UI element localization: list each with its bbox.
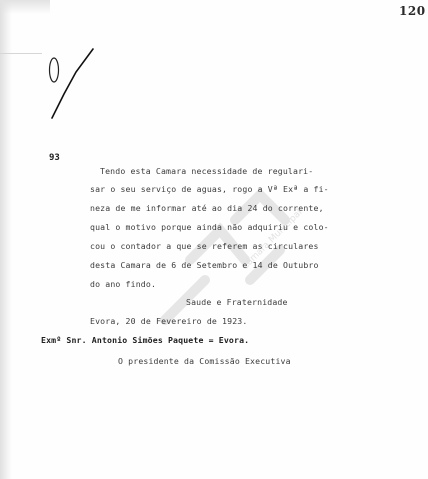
place-date: Evora, 20 de Fevereiro de 1923. <box>90 316 247 326</box>
handwritten-mark-icon <box>44 48 94 120</box>
page-top-edge-shadow <box>0 0 50 14</box>
addressee: Exmº Snr. Antonio Simões Paquete = Evora… <box>41 335 249 345</box>
page-edge-mark <box>0 53 42 54</box>
body-line-6: desta Camara de 6 de Setembro e 14 de Ou… <box>90 260 319 270</box>
body-line-5: cou o contador a que se referem as circu… <box>90 241 319 251</box>
body-line-1: Tendo esta Camara necessidade de regular… <box>100 166 313 176</box>
page-left-edge-shadow <box>0 0 12 479</box>
archive-watermark-icon: Câmara Municipal <box>150 170 310 340</box>
body-line-3: neza de me informar até ao dia 24 do cor… <box>90 203 324 213</box>
body-line-2: sar o seu serviço de aguas, rogo a Vª Ex… <box>90 184 329 194</box>
reference-number: 93 <box>49 153 60 163</box>
body-line-4: qual o motivo porque ainda não adquiriu … <box>90 222 329 232</box>
document-page: 120 Câmara Municipal 93 Tendo esta Camar… <box>0 0 428 479</box>
body-line-7: do ano findo. <box>90 279 156 289</box>
salutation: Saude e Fraternidade <box>186 297 288 307</box>
page-number: 120 <box>399 4 426 18</box>
signature: O presidente da Comissão Executiva <box>118 356 291 366</box>
